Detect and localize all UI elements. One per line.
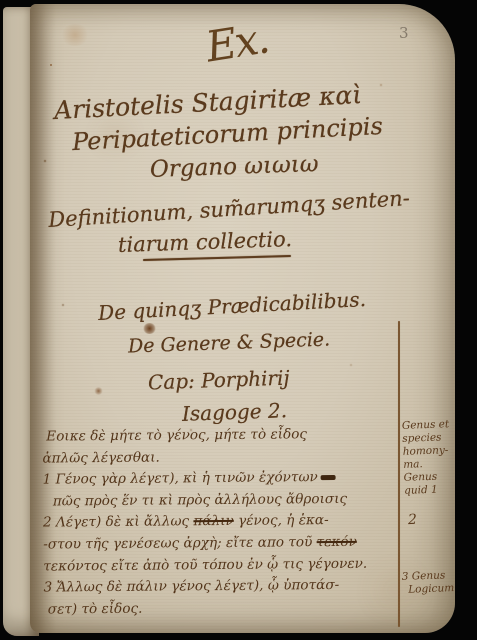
margin-note-genus-species: Genus et species homony- ma. Genus quid …	[402, 418, 452, 498]
struck-word: πάλιν	[193, 513, 233, 529]
body-line: 3 Ἄλλως δὲ πάλιν γένος λέγετ), ᾧ ὑποτάσ-	[43, 575, 401, 600]
body-line: σετ) τὸ εἶδος.	[44, 596, 402, 621]
margin-marker-2: 2	[408, 514, 417, 527]
margin-note-line: Genus et	[402, 418, 450, 433]
body-text-block: Εοικε δὲ μήτε τὸ γένος, μήτε τὸ εἶδος ἁπ…	[42, 423, 402, 620]
section-heading-4: Isagoge 2.	[182, 398, 288, 426]
margin-note-line: Logicum	[402, 582, 454, 597]
body-line-text: -στου τῆς γενέσεως ἀρχὴ; εἴτε απο τοῦ	[43, 534, 317, 552]
subtitle-line-1: Definitionum, sum̃arumqʒ senten-	[48, 186, 411, 232]
ink-blot	[321, 475, 336, 480]
page-number: 3	[399, 24, 409, 42]
body-line: Εοικε δὲ μήτε τὸ γένος, μήτε τὸ εἶδος	[42, 423, 400, 448]
margin-note-genus-logicum: 3 Genus Logicum	[402, 569, 455, 597]
body-line: 2 Λέγετ) δὲ κὶ ἄλλως πάλιν γένος, ἡ ἑκα-	[43, 510, 401, 535]
struck-word: τεκόν	[317, 534, 357, 550]
body-line: τεκόντος εἴτε ἀπὸ τοῦ τόπου ἐν ᾧ τις γέγ…	[43, 553, 401, 578]
section-heading-3: Cap: Porphirij	[148, 366, 290, 395]
title-line-3: Organo ωιωιω	[150, 151, 319, 183]
photo-background: 3 Ex. Aristotelis Stagiritæ καὶ Peripate…	[0, 0, 477, 640]
body-line-text: 2 Λέγετ) δὲ κὶ ἄλλως	[43, 514, 194, 531]
margin-note-line: quid 1	[404, 483, 452, 498]
ink-stain	[94, 387, 103, 395]
body-line-text: γένος, ἡ ἑκα-	[234, 512, 329, 529]
section-heading-1: De quinqʒ Prædicabilibus.	[98, 287, 367, 325]
subtitle-line-2: tiarum collectio.	[118, 227, 293, 257]
manuscript-page: 3 Ex. Aristotelis Stagiritæ καὶ Peripate…	[30, 4, 455, 633]
section-heading-2: De Genere & Specie.	[128, 328, 331, 357]
body-line: πῶς πρὸς ἕν τι κὶ πρὸς ἀλλήλους ἄθροισις	[43, 488, 401, 513]
margin-note-line: homony-	[403, 444, 451, 459]
body-line-text: 1 Γένος γὰρ λέγετ), κὶ ἡ τινῶν ἐχόντων	[43, 469, 318, 487]
body-line: -στου τῆς γενέσεως ἀρχὴ; εἴτε απο τοῦ τε…	[43, 531, 401, 556]
paper-speckles	[50, 64, 52, 66]
monogram-flourish: Ex.	[203, 13, 272, 71]
body-line: ἁπλῶς λέγεσθαι.	[42, 445, 400, 470]
separator-rule	[143, 255, 291, 261]
ink-stain	[143, 323, 156, 334]
body-line: 1 Γένος γὰρ λέγετ), κὶ ἡ τινῶν ἐχόντων	[43, 467, 401, 492]
foxing-stain	[60, 24, 90, 46]
